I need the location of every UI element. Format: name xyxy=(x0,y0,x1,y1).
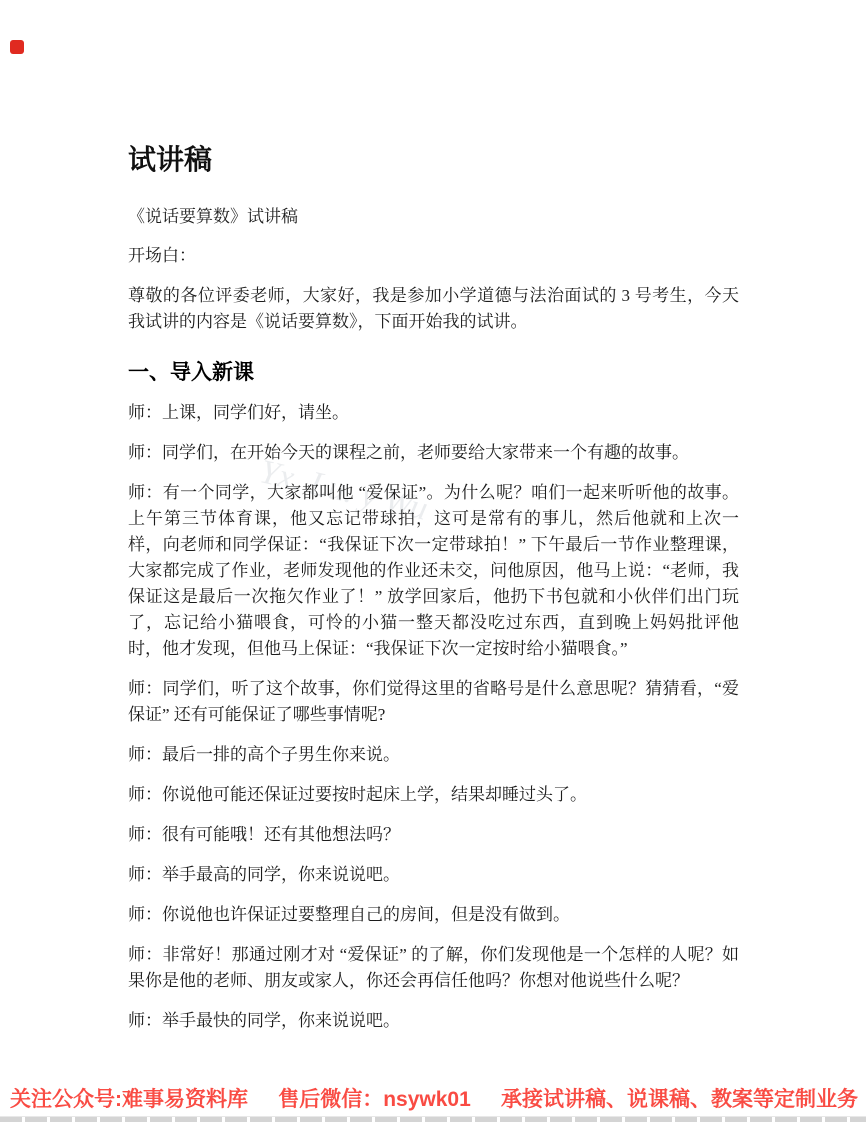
teacher-script-paragraphs: 师：上课，同学们好，请坐。 师：同学们，在开始今天的课程之前，老师要给大家带来一… xyxy=(128,400,739,1034)
section-heading-lead-in: 一、导入新课 xyxy=(128,359,739,386)
teacher-line: 师：你说他也许保证过要整理自己的房间，但是没有做到。 xyxy=(128,902,739,928)
footer-follow-text: 关注公众号:难事易资料库 xyxy=(10,1083,248,1113)
red-square-marker xyxy=(10,40,24,54)
teacher-line: 师：有一个同学，大家都叫他 “爱保证”。为什么呢？咱们一起来听听他的故事。上午第… xyxy=(128,480,739,662)
promo-footer: 关注公众号:难事易资料库 售后微信：nsywk01 承接试讲稿、说课稿、教案等定… xyxy=(10,1083,858,1113)
document-title: 试讲稿 xyxy=(128,144,739,178)
teacher-line: 师：举手最高的同学，你来说说吧。 xyxy=(128,862,739,888)
footer-business-text: 承接试讲稿、说课稿、教案等定制业务 xyxy=(501,1083,858,1113)
opening-paragraph: 尊敬的各位评委老师，大家好，我是参加小学道德与法治面试的 3 号考生，今天我试讲… xyxy=(128,283,739,335)
opening-label: 开场白： xyxy=(128,243,739,269)
teacher-line: 师：同学们，听了这个故事，你们觉得这里的省略号是什么意思呢？猜猜看，“爱保证” … xyxy=(128,676,739,728)
teacher-line: 师：最后一排的高个子男生你来说。 xyxy=(128,742,739,768)
teacher-line: 师：同学们，在开始今天的课程之前，老师要给大家带来一个有趣的故事。 xyxy=(128,440,739,466)
footer-service-text: 售后微信：nsywk01 xyxy=(278,1083,471,1113)
teacher-line: 师：举手最快的同学，你来说说吧。 xyxy=(128,1008,739,1034)
teacher-line: 师：你说他可能还保证过要按时起床上学，结果却睡过头了。 xyxy=(128,782,739,808)
document-page: Yx. Lu. y Wu 试讲稿 《说话要算数》试讲稿 开场白： 尊敬的各位评委… xyxy=(0,0,866,1122)
teacher-line: 师：很有可能哦！还有其他想法吗？ xyxy=(128,822,739,848)
teacher-line: 师：上课，同学们好，请坐。 xyxy=(128,400,739,426)
lesson-subtitle: 《说话要算数》试讲稿 xyxy=(128,204,739,230)
horizontal-scrollbar[interactable] xyxy=(0,1116,866,1122)
document-body: 试讲稿 《说话要算数》试讲稿 开场白： 尊敬的各位评委老师，大家好，我是参加小学… xyxy=(128,144,739,1034)
teacher-line: 师：非常好！那通过刚才对 “爱保证” 的了解，你们发现他是一个怎样的人呢？如果你… xyxy=(128,942,739,994)
